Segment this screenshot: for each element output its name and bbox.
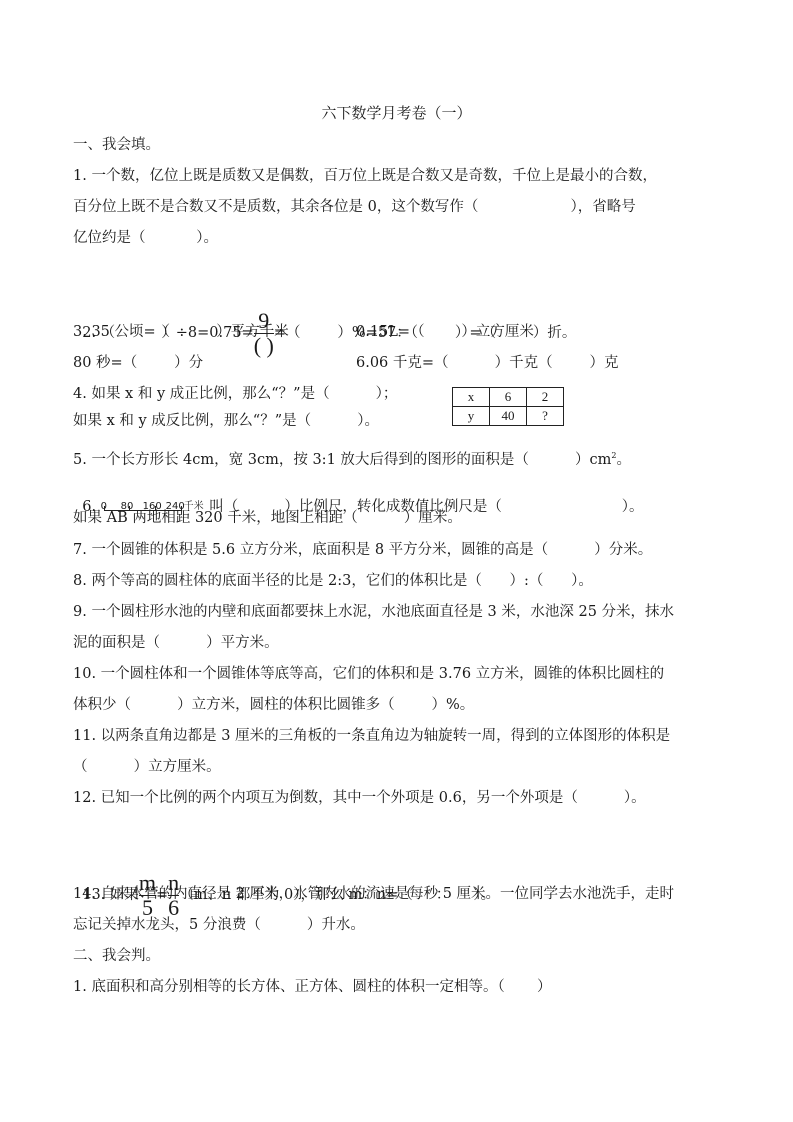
q2: 2. （ ）÷8=0.75=9( )=（ ）%=57：（ ）=（ ）折。 — [73, 258, 576, 308]
page-title: 六下数学月考卷（一） — [0, 102, 793, 123]
q3-line1a: 3. 35 公顷=（ ）平方千米 — [73, 322, 289, 342]
xy-table: x 6 2 y 40 ? — [452, 387, 564, 426]
q3-line2b: 6.06 千克=（ ）千克（ ）克 — [356, 353, 619, 373]
q12: 12. 已知一个比例的两个内项互为倒数，其中一个外项是 0.6，另一个外项是（ … — [73, 788, 646, 808]
q1-line1: 1. 一个数，亿位上既是质数又是偶数，百万位上既是合数又是奇数，千位上是最小的合… — [73, 166, 657, 186]
q5-end: 。 — [616, 452, 631, 468]
table-cell: x — [453, 388, 490, 407]
section2-heading: 二、我会判。 — [73, 946, 160, 966]
q10-line1: 10. 一个圆柱体和一个圆锥体等底等高，它们的体积和是 3.76 立方米，圆锥的… — [73, 664, 664, 684]
table-row-x: x 6 2 — [453, 388, 564, 407]
q7: 7. 一个圆锥的体积是 5.6 立方分米，底面积是 8 平方分米，圆锥的高是（ … — [73, 540, 652, 560]
q13: 13. 如果m5=n6（m、n 都不为 0），那么 m：n=（ ： ）。 — [73, 820, 495, 870]
q14-line2: 忘记关掉水龙头，5 分浪费（ ）升水。 — [73, 915, 365, 935]
q4-line1: 4. 如果 x 和 y 成正比例，那么“？”是（ ）； — [73, 384, 397, 404]
q10-line2: 体积少（ ）立方米，圆柱的体积比圆锥多（ ）%。 — [73, 695, 474, 715]
q11-line1: 11. 以两条直角边都是 3 厘米的三角板的一条直角边为轴旋转一周，得到的立体图… — [73, 726, 670, 746]
section1-heading: 一、我会填。 — [73, 135, 160, 155]
q9-line1: 9. 一个圆柱形水池的内壁和底面都要抹上水泥，水池底面直径是 3 米，水池深 2… — [73, 602, 674, 622]
table-row-y: y 40 ? — [453, 407, 564, 426]
q14-line1: 14. 自来水管的内直径是 2 厘米，水管内水的流速是每秒 5 厘米。一位同学去… — [73, 884, 674, 904]
q5: 5. 一个长方形长 4cm，宽 3cm，按 3:1 放大后得到的图形的面积是（ … — [73, 446, 631, 470]
q1-line2: 百分位上既不是合数又不是质数，其余各位是 0，这个数写作（ ），省略号 — [73, 197, 636, 217]
s2-q1: 1. 底面积和高分别相等的长方体、正方体、圆柱的体积一定相等。（ ） — [73, 977, 551, 997]
q3-line1b: 0.15L=（ ）立方厘米 — [356, 322, 534, 342]
table-cell: 6 — [490, 388, 527, 407]
table-cell: 40 — [490, 407, 527, 426]
table-cell: ? — [527, 407, 564, 426]
q5-text: 5. 一个长方形长 4cm，宽 3cm，按 3:1 放大后得到的图形的面积是（ … — [73, 452, 611, 468]
q3-line2a: 80 秒=（ ）分 — [73, 353, 203, 373]
q8: 8. 两个等高的圆柱体的底面半径的比是 2:3，它们的体积比是（ ）:（ ）。 — [73, 571, 593, 591]
q9-line2: 泥的面积是（ ）平方米。 — [73, 633, 279, 653]
table-cell: 2 — [527, 388, 564, 407]
q1-line3: 亿位约是（ ）。 — [73, 228, 218, 248]
q6-line2: 如果 AB 两地相距 320 千米，地图上相距（ ）厘米。 — [73, 508, 462, 528]
q11-line2: （ ）立方厘米。 — [73, 757, 221, 777]
table-cell: y — [453, 407, 490, 426]
q4-line2: 如果 x 和 y 成反比例，那么“？”是（ ）。 — [73, 411, 379, 431]
